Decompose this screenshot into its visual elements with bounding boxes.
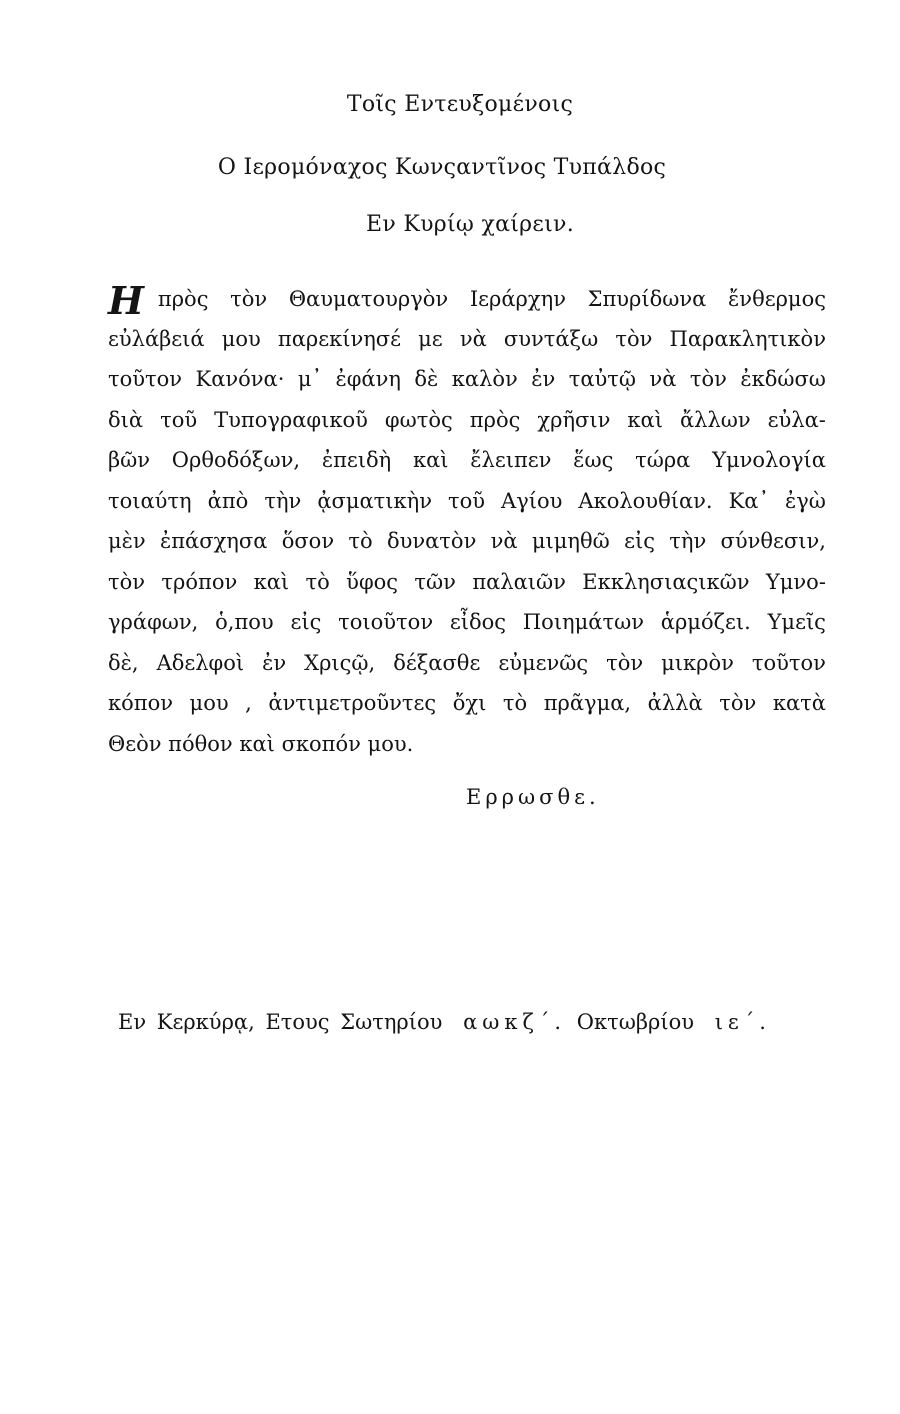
word: δυνατὸν [387, 521, 476, 562]
word: τὸν [719, 683, 756, 724]
word: τὸν [690, 359, 727, 400]
word: ἐν [262, 643, 286, 684]
word: μιμηθῶ [532, 521, 610, 562]
page-title: Τοῖς Εντευξομένοις [10, 92, 900, 117]
body-line-9: γράφων,ὁ,πουεἰςτοιοῦτονεἶδοςΠοιημάτωνἁρμ… [108, 602, 826, 643]
word: τοῦτον [752, 643, 826, 684]
word: καὶ [413, 440, 449, 481]
word: χρῆσιν [537, 400, 610, 441]
word: ταὐτῷ [569, 359, 636, 400]
word: ἀπὸ [208, 481, 249, 522]
body-line-4: διὰτοῦΤυπογραφικοῦφωτὸςπρὸςχρῆσινκαὶἄλλω… [108, 400, 826, 441]
word: ἔλειπεν [470, 440, 551, 481]
body-line-10: δὲ,ΑδελφοὶἐνΧριςῷ,δέξασθεεὐμενῶςτὸνμικρὸ… [108, 643, 826, 684]
body-line-6: τοιαύτηἀπὸτὴνᾀσματικὴντοῦΑγίουΑκολουθίαν… [108, 481, 826, 522]
word: τρόπον [161, 562, 237, 603]
word: Αδελφοὶ [157, 643, 245, 684]
word: Κα᾽ [729, 481, 769, 522]
word: μὲν [108, 521, 146, 562]
word: ἐκδώσω [740, 359, 826, 400]
word: διὰ [108, 400, 143, 441]
word: δέξασθε [393, 643, 480, 684]
body-line-8: τὸντρόπονκαὶτὸὕφοςτῶνπαλαιῶνΕκκλησιαςικῶ… [108, 562, 826, 603]
body-line-1: Η πρὸςτὸνΘαυματουργὸνΙεράρχηνΣπυρίδωναἔν… [108, 278, 826, 319]
word: ἄλλων [680, 400, 751, 441]
word: Υμεῖς [768, 602, 826, 643]
word: παρεκίνησέ [278, 319, 401, 360]
closing-farewell: Ερρωσθε. [466, 785, 600, 809]
word: εἰς [290, 602, 321, 643]
word: ἐγὼ [785, 481, 826, 522]
word: Εκκλησιαςικῶν [582, 562, 749, 603]
word: τὸν [108, 562, 145, 603]
word: Ιεράρχην [470, 279, 566, 319]
word: καὶ [254, 562, 290, 603]
word: ὅσον [282, 521, 334, 562]
word: τὸν [230, 279, 267, 319]
word: γράφων, [108, 602, 198, 643]
dateline: Εν Κερκύρᾳ, Ετους Σωτηρίου αωκζ΄. Οκτωβρ… [118, 1010, 818, 1034]
dateline-place-year-label: Εν Κερκύρᾳ, Ετους Σωτηρίου [118, 1010, 442, 1034]
word: ἐν [531, 359, 555, 400]
word: πρᾶγμα, [544, 683, 631, 724]
word: φωτὸς [385, 400, 453, 441]
word: Κανόνα· [196, 359, 285, 400]
word: καὶ [627, 400, 663, 441]
word: Χριςῷ, [304, 643, 375, 684]
scanned-page: Τοῖς Εντευξομένοις Ο Ιερομόναχος Κωνςαντ… [0, 0, 900, 1414]
body-line-5: βῶνΟρθοδόξων,ἐπειδὴκαὶἔλειπενἕωςτώραΥμνο… [108, 440, 826, 481]
body-line-3: τοῦτονΚανόνα·μ᾽ἐφάνηδὲκαλὸνἐνταὐτῷνὰτὸνἐ… [108, 359, 826, 400]
word: Ορθοδόξων, [172, 440, 300, 481]
word: με [418, 319, 443, 360]
word: δὲ [414, 359, 438, 400]
word: μου [190, 683, 229, 724]
word: εὐλα- [768, 400, 826, 441]
body-line-7: μὲνἐπάσχησαὅσοντὸδυνατὸννὰμιμηθῶεἰςτὴνσύ… [108, 521, 826, 562]
word: τὸν [606, 643, 643, 684]
word: Τυπογραφικοῦ [214, 400, 368, 441]
word: τὸ [503, 683, 527, 724]
body-line-text: πρὸςτὸνΘαυματουργὸνΙεράρχηνΣπυρίδωναἔνθε… [158, 279, 826, 319]
dateline-month: Οκτωβρίου [577, 1010, 694, 1034]
word: μ᾽ [298, 359, 322, 400]
word: Ακολουθίαν. [578, 481, 712, 522]
body-line-2: εὐλάβειάμουπαρεκίνησέμενὰσυντάξωτὸνΠαρακ… [108, 319, 826, 360]
word: κόπον [108, 683, 173, 724]
body-line-12: Θεὸν πόθον καὶ σκοπόν μου. [108, 724, 826, 765]
word: Υμνο- [766, 562, 826, 603]
word: μικρὸν [661, 643, 734, 684]
word: τώρα [635, 440, 690, 481]
word: παλαιῶν [472, 562, 566, 603]
word: ἐπειδὴ [322, 440, 391, 481]
word: τοῦτον [108, 359, 182, 400]
word: Παρακλητικὸν [670, 319, 826, 360]
word: σύνθεσιν, [721, 521, 826, 562]
word: Αγίου [501, 481, 562, 522]
word: τὸν [615, 319, 652, 360]
word: ᾀσματικὴν [317, 481, 432, 522]
word: τοιαύτη [108, 481, 192, 522]
greeting: Εν Κυρίῳ χαίρειν. [20, 212, 900, 237]
author-line: Ο Ιερομόναχος Κωνςαντῖνος Τυπάλδος [0, 155, 892, 180]
word: τῶν [414, 562, 456, 603]
word: ἐφάνη [335, 359, 401, 400]
word: τοιοῦτον [338, 602, 433, 643]
word: ἐπάσχησα [160, 521, 267, 562]
word: κατὰ [773, 683, 826, 724]
word: μου [222, 319, 261, 360]
word: νὰ [491, 521, 518, 562]
word: πρὸς [158, 279, 209, 319]
word: ἔνθερμος [728, 279, 826, 319]
word: νὰ [460, 319, 487, 360]
word: βῶν [108, 440, 150, 481]
dateline-year: αωκζ΄. [463, 1010, 566, 1034]
word: Θαυματουργὸν [289, 279, 448, 319]
word: καλὸν [452, 359, 518, 400]
letter-body: Η πρὸςτὸνΘαυματουργὸνΙεράρχηνΣπυρίδωναἔν… [108, 278, 826, 764]
word: νὰ [649, 359, 676, 400]
word: πρὸς [470, 400, 521, 441]
word: εὐλάβειά [108, 319, 205, 360]
word: ὕφος [346, 562, 398, 603]
word: συντάξω [504, 319, 598, 360]
body-line-11: κόπονμου,ἀντιμετροῦντεςὄχιτὸπρᾶγμα,ἀλλὰτ… [108, 683, 826, 724]
word: εἰς [624, 521, 655, 562]
word: ἀλλὰ [648, 683, 703, 724]
word: Σπυρίδωνα [588, 279, 707, 319]
word: Ποιημάτων [523, 602, 644, 643]
word: εἶδος [450, 602, 506, 643]
word: ἕως [573, 440, 613, 481]
word: τὸ [306, 562, 330, 603]
word: ἀντιμετροῦντες [268, 683, 436, 724]
word: εὐμενῶς [498, 643, 588, 684]
word: ὄχι [453, 683, 487, 724]
word: Υμνολογία [712, 440, 826, 481]
word: δὲ, [108, 643, 139, 684]
word: τοῦ [160, 400, 197, 441]
word: τὴν [264, 481, 301, 522]
word: τοῦ [448, 481, 485, 522]
drop-cap: Η [108, 283, 144, 319]
word: , [245, 683, 252, 724]
word: ἁρμόζει. [661, 602, 751, 643]
word: τὸ [348, 521, 372, 562]
dateline-day: ιε΄. [715, 1010, 771, 1034]
word: ὁ,που [215, 602, 274, 643]
word: τὴν [669, 521, 706, 562]
